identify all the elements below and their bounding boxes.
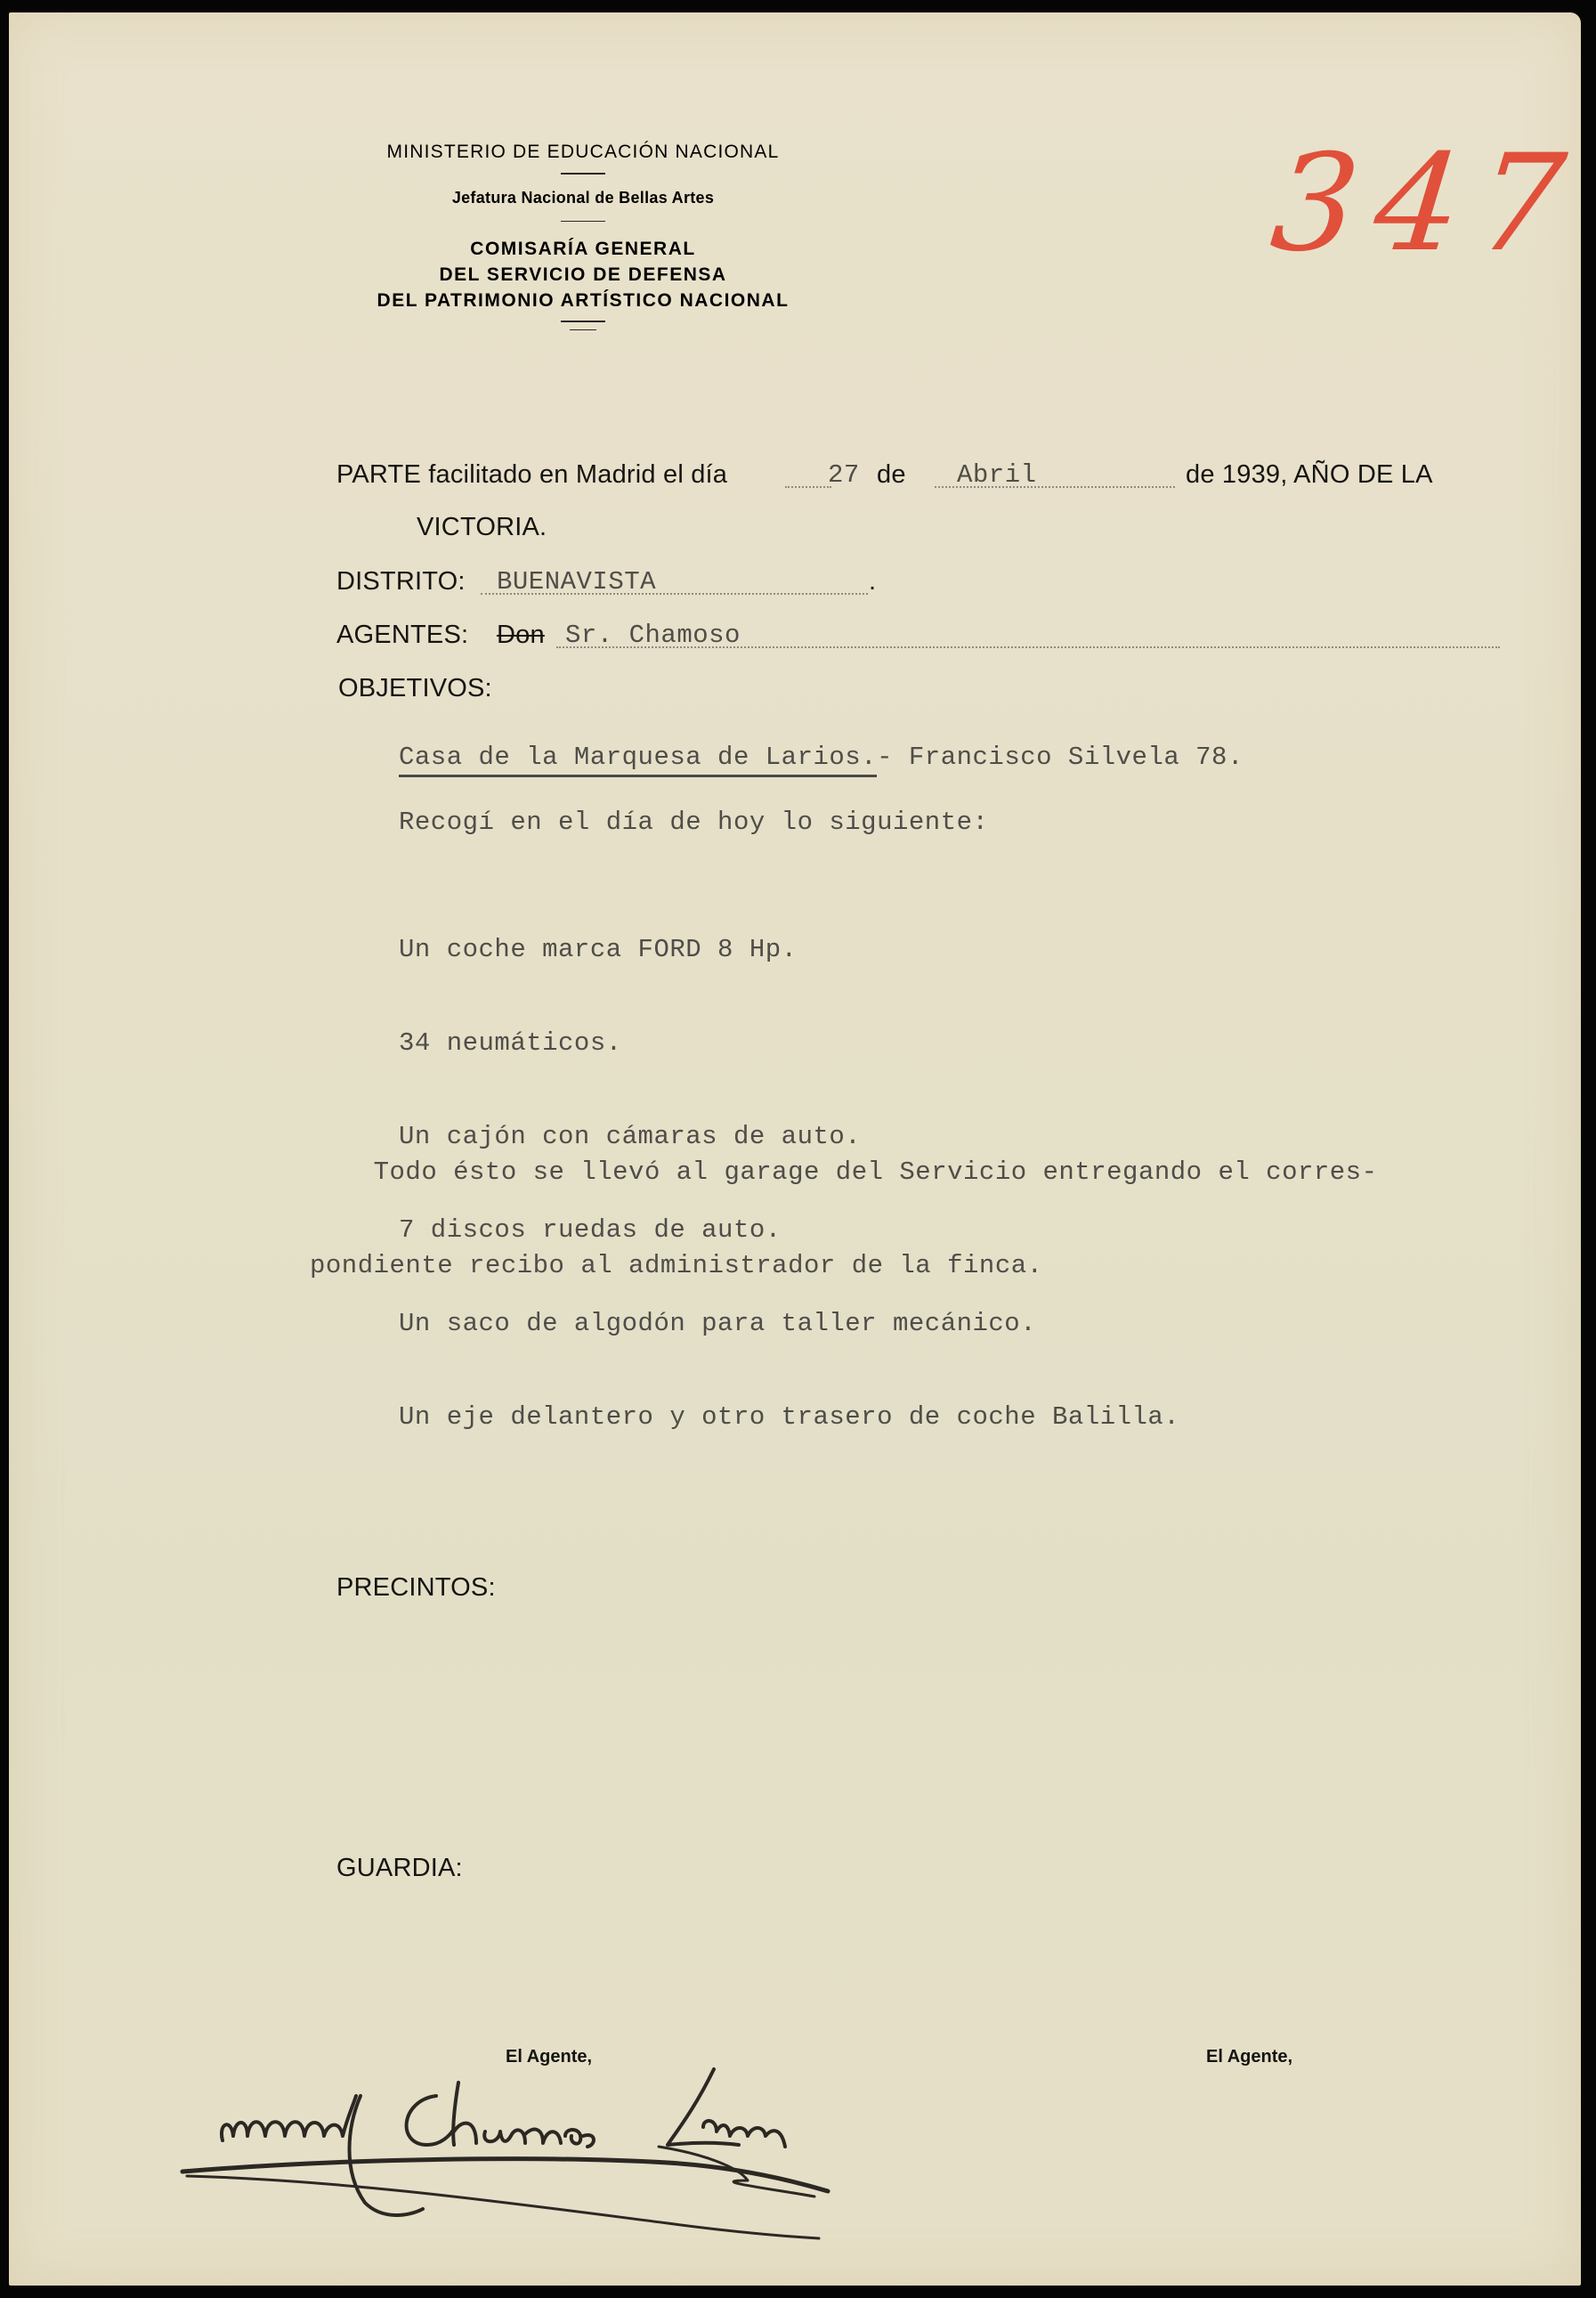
distrito-label: DISTRITO: [336,567,466,597]
folio-number: 347 [1266,137,1588,271]
closing-line: Todo ésto se llevó al garage del Servici… [310,1157,1378,1188]
year-label: de 1939, AÑO DE LA [1186,460,1433,490]
de-label: de [877,460,906,490]
list-item: Un coche marca FORD 8 Hp. [399,934,1179,965]
agentes-struck-text: Don [497,621,545,650]
closing-line: pondiente recibo al administrador de la … [310,1250,1378,1281]
precintos-label: PRECINTOS: [336,1573,496,1603]
distrito-end: . [869,567,876,597]
handwritten-signature [169,2047,988,2252]
day-dotted-line [785,486,831,488]
right-signature-label: El Agente, [1206,2047,1292,2067]
letterhead-ministry: MINISTERIO DE EDUCACIÓN NACIONAL [334,142,832,163]
location-name: Casa de la Marquesa de Larios. [399,743,877,777]
letterhead-commission-2: DEL SERVICIO DE DEFENSA [334,262,832,288]
letterhead-divider [561,173,605,175]
closing-paragraph: Todo ésto se llevó al garage del Servici… [310,1094,1378,1344]
letterhead-divider [561,321,605,322]
objetivos-label: OBJETIVOS: [338,674,492,703]
letterhead-divider [561,221,605,222]
agentes-label: AGENTES: [336,621,468,650]
objetivo-location: Casa de la Marquesa de Larios.- Francisc… [399,743,1244,772]
letterhead-department: Jefatura Nacional de Bellas Artes [334,189,832,207]
list-item: 34 neumáticos. [399,1027,1179,1059]
parte-label: PARTE facilitado en Madrid el día [336,460,727,490]
list-item: Un eje delantero y otro trasero de coche… [399,1401,1179,1433]
letterhead-commission-1: COMISARÍA GENERAL [334,236,832,262]
guardia-label: GUARDIA: [336,1854,463,1883]
day-value: 27 [828,460,860,490]
objetivo-intro: Recogí en el día de hoy lo siguiente: [399,808,988,837]
location-address: - Francisco Silvela 78. [877,743,1244,772]
month-value: Abril [957,460,1037,490]
distrito-value: BUENAVISTA [497,567,656,597]
year-label-cont: VICTORIA. [417,513,547,542]
letterhead-divider [570,329,596,330]
document-page: MINISTERIO DE EDUCACIÓN NACIONAL Jefatur… [9,12,1581,2286]
agentes-value: Sr. Chamoso [565,621,741,650]
letterhead-commission-3: DEL PATRIMONIO ARTÍSTICO NACIONAL [334,288,832,313]
